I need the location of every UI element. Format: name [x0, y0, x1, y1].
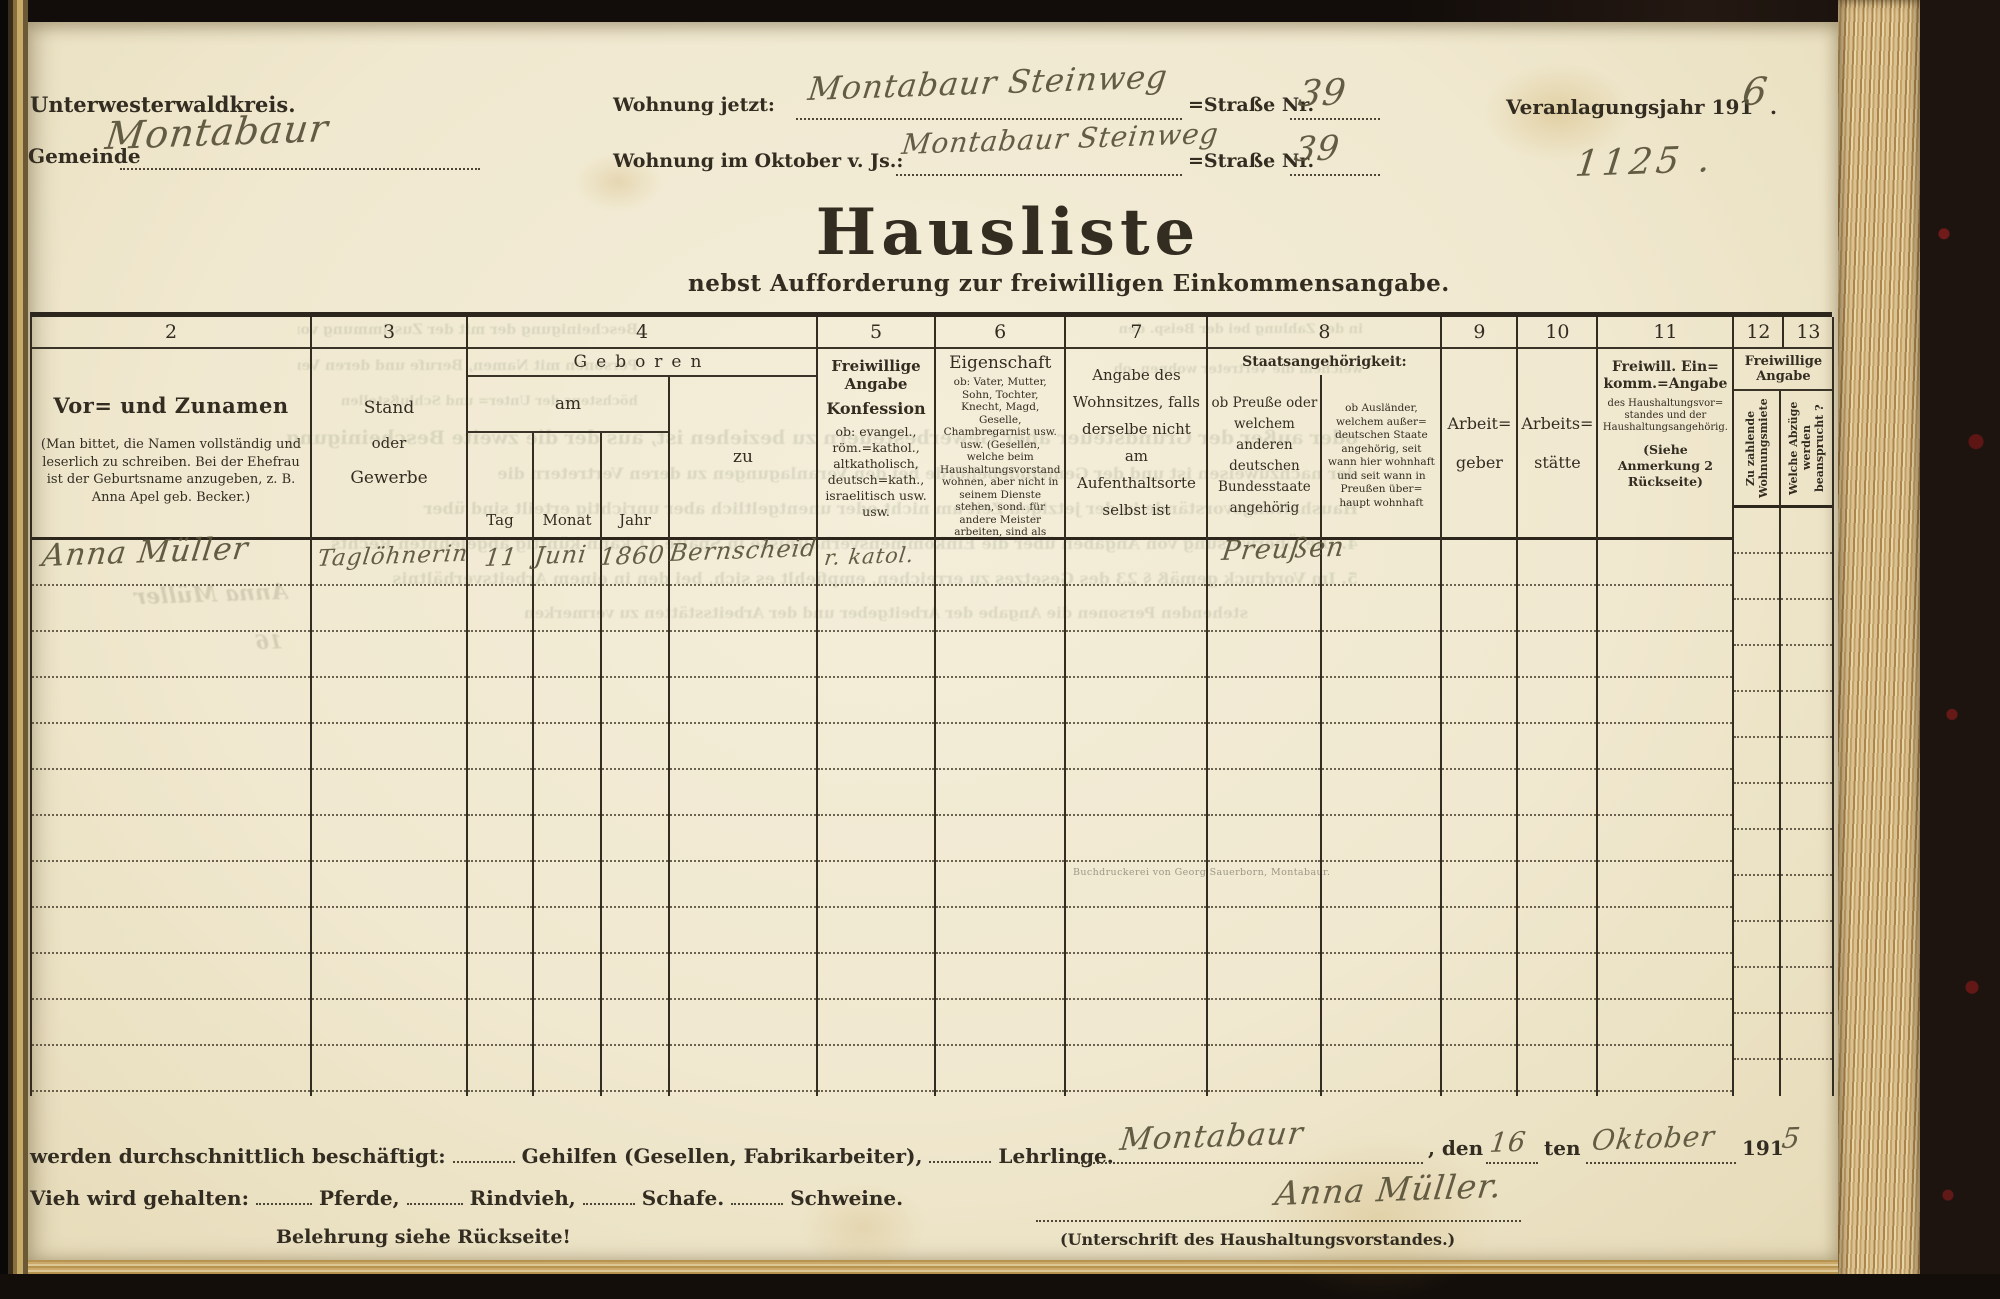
geboren-title: Geboren — [468, 349, 816, 377]
table-row-line — [1442, 862, 1516, 908]
book-binding-left — [0, 0, 28, 1299]
ten-label: ten — [1544, 1136, 1581, 1160]
table-row-line — [32, 770, 310, 816]
geboren-date-group: am Tag Monat Jahr — [468, 377, 668, 1096]
column-einkommensangabe: 11 Freiwill. Ein= komm.=Angabe des Haush… — [1598, 317, 1734, 1096]
gemeinde-handwritten: Montabaur — [103, 106, 331, 158]
table-row-line — [936, 908, 1064, 954]
table-row-line — [32, 816, 310, 862]
page-stack-edge — [1838, 0, 1926, 1299]
table-row-line — [1322, 678, 1440, 724]
arbeitsstaette-body — [1518, 540, 1596, 1096]
table-row-line — [670, 586, 816, 632]
vieh-blank-4 — [731, 1189, 783, 1205]
ort-blank-line — [1078, 1162, 1423, 1164]
list-number-handwritten: 1125 . — [1573, 139, 1716, 185]
table-row-line — [468, 1000, 532, 1046]
table-row-line — [936, 816, 1064, 862]
table-row-line — [1322, 816, 1440, 862]
oder-line: oder — [372, 434, 407, 452]
table-row-line — [818, 908, 934, 954]
entry-name-handwritten: Anna Müller — [40, 531, 251, 574]
column-names-header: Vor= und Zunamen (Man bittet, die Namen … — [32, 349, 310, 540]
table-row-line — [670, 1000, 816, 1046]
einkommen-title1: Freiwill. Ein= — [1612, 359, 1719, 376]
entry-staat-handwritten: Preußen — [1220, 532, 1347, 567]
table-row-line — [1442, 724, 1516, 770]
tag-blank-line — [1486, 1162, 1538, 1164]
table-row-line — [312, 908, 466, 954]
table-row-line — [1598, 632, 1732, 678]
column-number: 3 — [312, 317, 466, 349]
wohnung-jetzt-handwritten: Montabaur Steinweg — [806, 57, 1170, 108]
table-row-line — [936, 770, 1064, 816]
strasse-nr-1-handwritten: 39 — [1296, 72, 1349, 115]
table-row-line — [936, 1000, 1064, 1046]
column-number: 8 — [1208, 317, 1440, 349]
table-row-line — [1781, 968, 1832, 1014]
table-row-line — [1066, 678, 1206, 724]
hausliste-table: 2 Vor= und Zunamen (Man bittet, die Name… — [30, 312, 1832, 1096]
table-row-line — [534, 632, 600, 678]
table-row-line — [602, 1000, 668, 1046]
column-names-body — [32, 540, 310, 1096]
column-number: 4 — [468, 317, 816, 349]
table-row-line — [818, 632, 934, 678]
table-row-line — [534, 816, 600, 862]
table-row-line — [1781, 692, 1832, 738]
entry-geburtsjahr-handwritten: 1860 — [598, 541, 666, 571]
table-row-line — [670, 908, 816, 954]
page-bottom-edges — [28, 1258, 1838, 1274]
table-row-line — [468, 632, 532, 678]
table-row-line — [1734, 830, 1779, 876]
table-row-line — [1518, 586, 1596, 632]
table-row-line — [534, 1046, 600, 1092]
table-row-line — [1734, 692, 1779, 738]
table-row-line — [1598, 540, 1732, 586]
zu-body — [670, 540, 816, 1096]
table-row-line — [468, 770, 532, 816]
table-row-line — [1518, 1000, 1596, 1046]
table-row-line — [534, 724, 600, 770]
eigenschaft-title: Eigenschaft — [949, 353, 1051, 373]
konfession-header: Freiwillige Angabe Konfession ob: evange… — [818, 349, 934, 540]
table-row-line — [534, 586, 600, 632]
table-row-line — [936, 586, 1064, 632]
table-row-line — [818, 1000, 934, 1046]
subcolumn-auslaender: ob Ausländer, welchem außer= deutschen S… — [1322, 375, 1440, 1096]
numbers-12-13: 12 13 — [1734, 317, 1832, 349]
table-row-line — [1518, 724, 1596, 770]
table-row-line — [670, 724, 816, 770]
column-names-title: Vor= und Zunamen — [53, 393, 288, 418]
beschaeftigt-line: werden durchschnittlich beschäftigt:Gehi… — [30, 1144, 1114, 1168]
table-row-line — [32, 954, 310, 1000]
zu-label: zu — [670, 377, 816, 540]
column-number: 2 — [32, 317, 310, 349]
table-row-line — [936, 862, 1064, 908]
table-row-line — [1066, 632, 1206, 678]
hausliste-form-page: Bescheinigung der mit der Zustimmung vom… — [28, 22, 1838, 1260]
wohnung-jetzt-label: Wohnung jetzt: — [613, 94, 775, 116]
table-row-line — [1066, 724, 1206, 770]
konfession-title1: Freiwillige Angabe — [826, 357, 926, 393]
column-number: 11 — [1598, 317, 1732, 349]
jahr-label: Jahr — [602, 433, 668, 540]
beschaeftigt-mid: Gehilfen (Gesellen, Fabrikarbeiter), — [522, 1144, 923, 1168]
table-row-line — [468, 724, 532, 770]
table-row-line — [534, 1000, 600, 1046]
table-row-line — [1208, 586, 1320, 632]
table-row-line — [1208, 954, 1320, 1000]
wohnsitz-body — [1066, 540, 1206, 1096]
vieh-blank-3 — [583, 1189, 635, 1205]
table-row-line — [468, 862, 532, 908]
table-row-line — [1208, 1000, 1320, 1046]
monat-body — [534, 540, 600, 1096]
table-row-line — [1518, 632, 1596, 678]
table-row-line — [1066, 540, 1206, 586]
table-row-line — [602, 678, 668, 724]
den-label: , den — [1428, 1136, 1483, 1160]
jahr-body — [602, 540, 668, 1096]
table-row-line — [1208, 862, 1320, 908]
table-row-line — [468, 586, 532, 632]
veranlagungsjahr-digit-handwritten: 6 — [1740, 69, 1771, 114]
table-row-line — [1781, 922, 1832, 968]
vieh-rindvieh: Rindvieh, — [470, 1186, 576, 1210]
table-row-line — [1066, 908, 1206, 954]
abzuege-body — [1781, 508, 1832, 1064]
table-row-line — [312, 1046, 466, 1092]
staatsangehoerigkeit-title: Staatsangehörigkeit: — [1208, 349, 1440, 375]
stand-line: Stand — [364, 398, 414, 418]
column-names: 2 Vor= und Zunamen (Man bittet, die Name… — [32, 317, 312, 1096]
arbeitsstaette-header: Arbeits= stätte — [1518, 349, 1596, 540]
arbeitgeber-line1: Arbeit= — [1447, 414, 1511, 433]
table-row-line — [1442, 632, 1516, 678]
belehrung-note: Belehrung siehe Rückseite! — [276, 1226, 571, 1248]
table-row-line — [1598, 862, 1732, 908]
table-row-line — [602, 1046, 668, 1092]
entry-geburtsmonat-handwritten: Juni — [533, 540, 589, 570]
table-row-line — [1598, 678, 1732, 724]
table-row-line — [1322, 908, 1440, 954]
table-row-line — [1442, 1046, 1516, 1092]
table-row-line — [602, 770, 668, 816]
unterschrift-note: (Unterschrift des Haushaltungsvorstandes… — [1060, 1230, 1455, 1249]
table-row-line — [1322, 586, 1440, 632]
table-row-line — [602, 586, 668, 632]
strasse-blank-2 — [1290, 174, 1380, 176]
table-row-line — [32, 1000, 310, 1046]
table-row-line — [1208, 770, 1320, 816]
jahr-print: 191 — [1742, 1136, 1784, 1160]
table-row-line — [534, 678, 600, 724]
table-row-line — [312, 724, 466, 770]
table-row-line — [936, 632, 1064, 678]
table-row-line — [534, 770, 600, 816]
tag-label: Tag — [468, 433, 532, 540]
table-row-line — [936, 724, 1064, 770]
table-row-line — [1442, 908, 1516, 954]
column-number: 12 — [1734, 317, 1784, 347]
form-title: Hausliste — [688, 200, 1328, 266]
table-row-line — [1322, 1000, 1440, 1046]
table-row-line — [1598, 908, 1732, 954]
table-row-line — [1734, 1014, 1779, 1060]
table-row-line — [1598, 770, 1732, 816]
column-arbeitsstaette: 10 Arbeits= stätte — [1518, 317, 1598, 1096]
table-row-line — [468, 908, 532, 954]
table-row-line — [1518, 816, 1596, 862]
table-row-line — [936, 678, 1064, 724]
column-number: 13 — [1784, 317, 1832, 347]
table-row-line — [936, 954, 1064, 1000]
wohnungsmiete-body — [1734, 508, 1779, 1064]
table-row-line — [818, 678, 934, 724]
vieh-blank-1 — [256, 1189, 312, 1205]
einkommen-see2: Anmerkung 2 — [1618, 458, 1713, 474]
table-row-line — [32, 862, 310, 908]
book-cover-right — [1920, 0, 2000, 1299]
subcolumn-tag: Tag — [468, 433, 534, 1096]
table-row-line — [1518, 770, 1596, 816]
table-row-line — [534, 862, 600, 908]
table-row-line — [468, 678, 532, 724]
table-row-line — [1442, 954, 1516, 1000]
entry-geburtstag-handwritten: 11 — [483, 543, 519, 572]
column-stand-header: Stand oder Gewerbe — [312, 349, 466, 540]
table-row-line — [1442, 770, 1516, 816]
gewerbe-line: Gewerbe — [350, 468, 427, 488]
subcolumn-wohnungsmiete: Zu zahlende Wohnungsmiete — [1734, 391, 1781, 1096]
table-row-line — [1781, 554, 1832, 600]
strasse-blank-1 — [1290, 118, 1380, 120]
table-row-line — [1598, 724, 1732, 770]
einkommensangabe-body — [1598, 540, 1732, 1096]
table-row-line — [1208, 724, 1320, 770]
table-row-line — [602, 816, 668, 862]
table-row-line — [602, 908, 668, 954]
table-row-line — [1734, 554, 1779, 600]
table-row-line — [670, 862, 816, 908]
veranlagungsjahr-period: . — [1770, 95, 1777, 119]
table-row-line — [818, 954, 934, 1000]
datum-monat-handwritten: Oktober — [1590, 1120, 1717, 1157]
table-row-line — [1322, 632, 1440, 678]
table-row-line — [32, 678, 310, 724]
table-row-line — [32, 586, 310, 632]
beschaeftigt-blank-1 — [453, 1147, 515, 1163]
table-row-line — [1781, 876, 1832, 922]
beschaeftigt-label: werden durchschnittlich beschäftigt: — [30, 1144, 446, 1168]
einkommen-see1: (Siehe — [1643, 442, 1688, 458]
table-row-line — [670, 632, 816, 678]
table-row-line — [312, 1000, 466, 1046]
table-row-line — [1208, 1046, 1320, 1092]
table-row-line — [1518, 862, 1596, 908]
table-row-line — [1442, 1000, 1516, 1046]
table-row-line — [1734, 784, 1779, 830]
wohnung-oktober-handwritten: Montabaur Steinweg — [900, 117, 1221, 161]
table-row-line — [1322, 862, 1440, 908]
column-eigenschaft: 6 Eigenschaft ob: Vater, Mutter, Sohn, T… — [936, 317, 1066, 1096]
table-row-line — [1442, 540, 1516, 586]
monat-blank-line — [1586, 1162, 1736, 1164]
subcolumn-monat: Monat — [534, 433, 602, 1096]
column-konfession: 5 Freiwillige Angabe Konfession ob: evan… — [818, 317, 936, 1096]
table-row-line — [818, 816, 934, 862]
table-row-line — [818, 1046, 934, 1092]
table-row-line — [1781, 600, 1832, 646]
preusse-body — [1208, 540, 1320, 1096]
column-staatsangehoerigkeit: 8 Staatsangehörigkeit: ob Preuße oder we… — [1208, 317, 1442, 1096]
arbeitgeber-line2: geber — [1456, 453, 1503, 472]
form-subtitle: nebst Aufforderung zur freiwilligen Eink… — [688, 270, 1328, 297]
wohnungsmiete-label: Zu zahlende Wohnungsmiete — [1744, 392, 1770, 504]
table-row-line — [312, 770, 466, 816]
table-row-line — [1734, 508, 1779, 554]
column-number: 10 — [1518, 317, 1596, 349]
table-row-line — [1518, 908, 1596, 954]
einkommen-title2: komm.=Angabe — [1603, 376, 1727, 393]
veranlagungsjahr-label: Veranlagungsjahr 191 — [1506, 95, 1753, 119]
abzuege-label: Welche Abzüge werden beansprucht ? — [1787, 392, 1826, 504]
signature-line — [1036, 1220, 1521, 1222]
table-row-line — [1781, 646, 1832, 692]
table-row-line — [1442, 678, 1516, 724]
konfession-body — [818, 540, 934, 1096]
column-names-note: (Man bittet, die Namen vollständig und l… — [32, 436, 310, 506]
auslaender-text: ob Ausländer, welchem außer= deutschen S… — [1322, 375, 1440, 540]
eigenschaft-note: ob: Vater, Mutter, Sohn, Tochter, Knecht… — [936, 376, 1064, 540]
table-row-line — [312, 586, 466, 632]
table-row-line — [1781, 1014, 1832, 1060]
table-row-line — [1734, 876, 1779, 922]
table-row-line — [1322, 954, 1440, 1000]
table-row-line — [468, 954, 532, 1000]
column-geboren: 4 Geboren am Tag Monat — [468, 317, 818, 1096]
table-row-line — [1066, 954, 1206, 1000]
column-arbeitgeber: 9 Arbeit= geber — [1442, 317, 1518, 1096]
preusse-text: ob Preuße oder welchem anderen deutschen… — [1208, 375, 1320, 540]
table-row-line — [468, 816, 532, 862]
datum-jahr-handwritten: 5 — [1780, 1121, 1803, 1155]
table-row-line — [1598, 1046, 1732, 1092]
arbeitgeber-header: Arbeit= geber — [1442, 349, 1516, 540]
signature-handwritten: Anna Müller. — [1273, 1166, 1505, 1213]
table-row-line — [818, 862, 934, 908]
table-row-line — [312, 954, 466, 1000]
vieh-pferde: Pferde, — [319, 1186, 400, 1210]
tag-body — [468, 540, 532, 1096]
table-row-line — [670, 816, 816, 862]
table-row-line — [1208, 816, 1320, 862]
table-row-line — [1734, 922, 1779, 968]
table-row-line — [936, 1046, 1064, 1092]
table-row-line — [1781, 784, 1832, 830]
wohnung-oktober-blank — [896, 174, 1182, 176]
auslaender-body — [1322, 540, 1440, 1096]
table-row-line — [1518, 1046, 1596, 1092]
table-row-line — [1781, 830, 1832, 876]
table-row-line — [1734, 646, 1779, 692]
table-row-line — [1442, 586, 1516, 632]
beschaeftigt-blank-2 — [929, 1147, 991, 1163]
table-row-line — [534, 908, 600, 954]
am-label: am — [468, 377, 668, 433]
beschaeftigt-end: Lehrlinge. — [998, 1144, 1113, 1168]
table-row-line — [1518, 678, 1596, 724]
konfession-title2: Konfession — [826, 399, 925, 418]
subcolumn-preusse: ob Preuße oder welchem anderen deutschen… — [1208, 375, 1322, 1096]
table-row-line — [670, 1046, 816, 1092]
table-row-line — [1066, 862, 1206, 908]
konfession-note: ob: evangel., röm.=kathol., altkatholisc… — [818, 424, 934, 520]
table-row-line — [312, 632, 466, 678]
column-wohnsitz: 7 Angabe des Wohnsitzes, falls derselbe … — [1066, 317, 1208, 1096]
table-row-line — [1066, 816, 1206, 862]
table-row-line — [670, 954, 816, 1000]
entry-geburtsort-handwritten: Bernscheid — [668, 534, 819, 567]
table-row-line — [468, 1046, 532, 1092]
wohnung-oktober-label: Wohnung im Oktober v. Js.: — [613, 150, 903, 172]
table-row-line — [1598, 816, 1732, 862]
table-row-line — [32, 908, 310, 954]
table-row-line — [1598, 954, 1732, 1000]
book-cover-bottom-edge — [0, 1274, 2000, 1299]
wohnungsmiete-header: Zu zahlende Wohnungsmiete — [1734, 391, 1779, 508]
table-row-line — [1781, 738, 1832, 784]
einkommen-see3: Rückseite) — [1628, 474, 1703, 490]
entry-konfession-handwritten: r. katol. — [823, 543, 916, 570]
einkommen-note: des Haushaltungsvor= standes und der Hau… — [1598, 398, 1732, 434]
table-row-line — [670, 770, 816, 816]
table-row-line — [818, 770, 934, 816]
table-row-line — [1442, 816, 1516, 862]
table-row-line — [602, 724, 668, 770]
table-row-line — [312, 816, 466, 862]
column-number: 7 — [1066, 317, 1206, 349]
table-row-line — [32, 724, 310, 770]
table-row-line — [32, 1046, 310, 1092]
table-row-line — [1208, 678, 1320, 724]
column-number: 5 — [818, 317, 934, 349]
table-row-line — [670, 678, 816, 724]
eigenschaft-body — [936, 540, 1064, 1096]
table-row-line — [1066, 586, 1206, 632]
table-row-line — [32, 632, 310, 678]
table-row-line — [602, 632, 668, 678]
column-number: 9 — [1442, 317, 1516, 349]
vieh-schafe: Schafe. — [642, 1186, 724, 1210]
ort-handwritten: Montabaur — [1118, 1115, 1306, 1158]
vieh-blank-2 — [407, 1189, 463, 1205]
table-row-line — [1322, 1046, 1440, 1092]
table-row-line — [602, 862, 668, 908]
strasse-nr-2-handwritten: 39 — [1292, 128, 1342, 170]
datum-tag-handwritten: 16 — [1488, 1127, 1528, 1159]
table-row-line — [818, 724, 934, 770]
subcolumn-zu: zu — [668, 377, 816, 1096]
table-row-line — [1598, 586, 1732, 632]
column-freiwillige-angabe: 12 13 Freiwillige Angabe Zu zahlende Woh… — [1734, 317, 1834, 1096]
monat-label: Monat — [534, 433, 600, 540]
arbeitsstaette-line2: stätte — [1534, 453, 1581, 472]
form-title-block: Hausliste nebst Aufforderung zur freiwil… — [688, 200, 1328, 297]
